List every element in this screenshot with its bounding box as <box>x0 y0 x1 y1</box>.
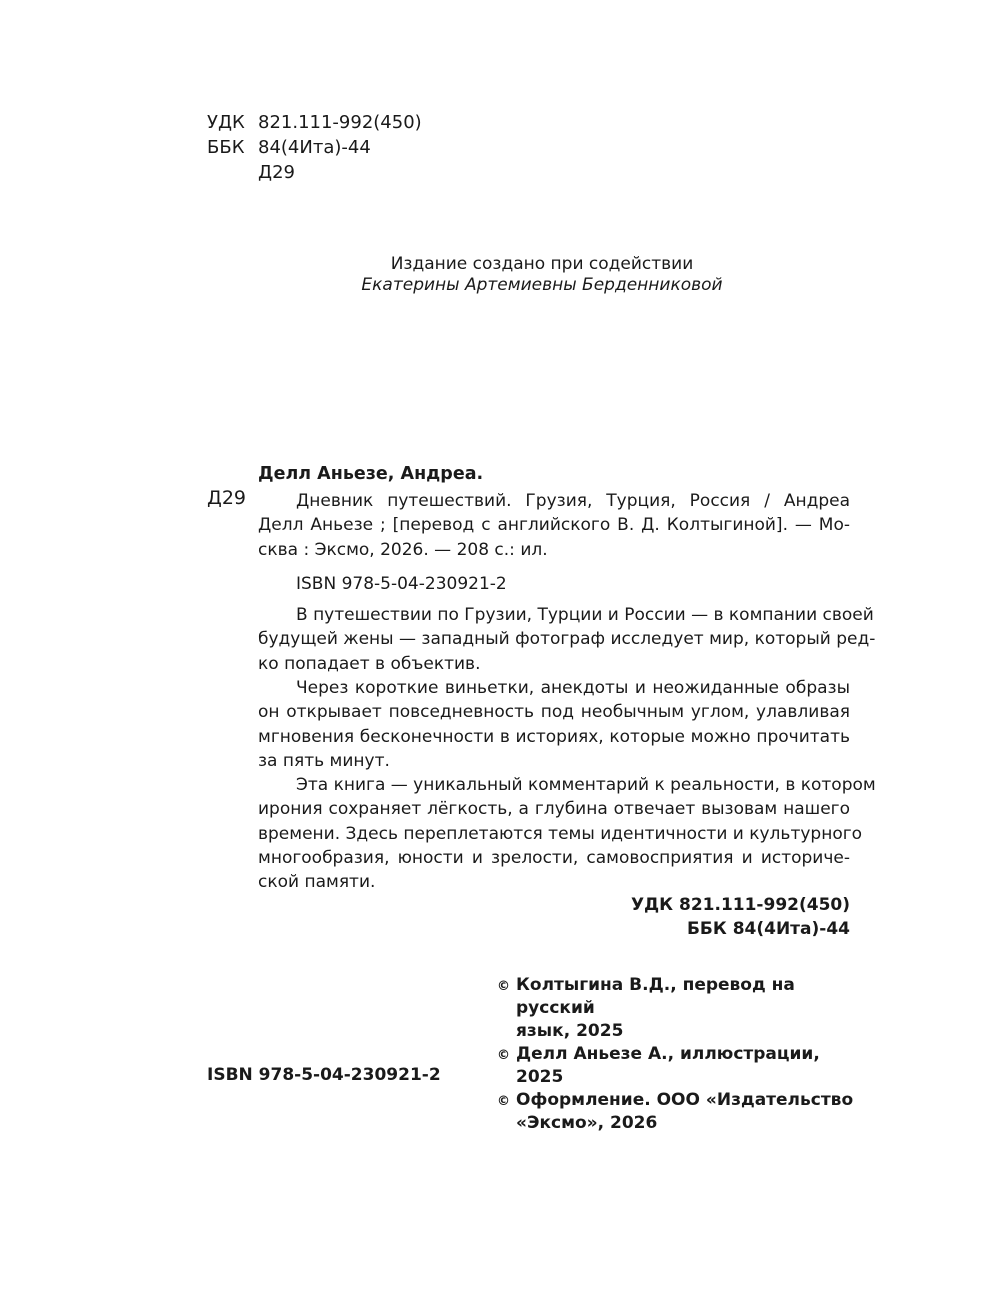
annotation-line: времени. Здесь переплетаются темы иденти… <box>258 822 850 846</box>
bbk-value: 84(4Ита)-44 <box>258 137 371 158</box>
copyright-item: © Колтыгина В.Д., перевод на русскийязык… <box>497 974 857 1043</box>
copyright-block: © Колтыгина В.Д., перевод на русскийязык… <box>497 974 857 1135</box>
copyright-text: Делл Аньезе А., иллюстрации, 2025 <box>516 1043 857 1089</box>
copyright-text: язык, 2025 <box>516 1021 623 1041</box>
catalog-bbk: ББК 84(4Ита)-44 <box>631 917 850 941</box>
udk-value: 821.111-992(450) <box>258 112 422 133</box>
copyright-item: © Делл Аньезе А., иллюстрации, 2025 <box>497 1043 857 1089</box>
sponsor-note: Издание создано при содействии Екатерины… <box>300 254 784 296</box>
annotation-line: будущей жены — западный фотограф исследу… <box>258 627 850 651</box>
catalog-codes: УДК 821.111-992(450) ББК 84(4Ита)-44 <box>631 893 850 941</box>
catalog-author-mark: Д29 <box>207 487 246 509</box>
sponsor-line-2: Екатерины Артемиевны Берденниковой <box>300 275 784 296</box>
annotation-line: мгновения бесконечности в историях, кото… <box>258 725 850 749</box>
copyright-icon: © <box>497 1090 516 1136</box>
annotation-paragraph-2: Через короткие виньетки, анекдоты и неож… <box>258 676 850 773</box>
author-mark: Д29 <box>258 162 295 183</box>
annotation-line: многообразия, юности и зрелости, самовос… <box>258 846 850 870</box>
description-line: сква : Эксмо, 2026. — 208 с.: ил. <box>258 538 850 562</box>
annotation-line: В путешествии по Грузии, Турции и России… <box>258 603 850 627</box>
annotation-line: ирония сохраняет лёгкость, а глубина отв… <box>258 797 850 821</box>
annotation-line: Эта книга — уникальный комментарий к реа… <box>258 773 850 797</box>
annotation-line: ко попадает в объектив. <box>258 652 850 676</box>
copyright-icon: © <box>497 1044 516 1090</box>
copyright-icon: © <box>497 975 516 1044</box>
annotation-line: за пять минут. <box>258 749 850 773</box>
catalog-udk: УДК 821.111-992(450) <box>631 893 850 917</box>
author-mark-row: Д29 <box>207 160 295 185</box>
annotation-line: ской памяти. <box>258 870 850 894</box>
copyright-text: Колтыгина В.Д., перевод на русский <box>516 975 795 1018</box>
sponsor-line-1: Издание создано при содействии <box>300 254 784 275</box>
copyright-item: © Оформление. ООО «Издательство«Эксмо», … <box>497 1089 857 1135</box>
description-line: Делл Аньезе ; [перевод с английского В. … <box>258 513 850 537</box>
footer-isbn: ISBN 978-5-04-230921-2 <box>207 1065 441 1085</box>
bbk-row: ББК84(4Ита)-44 <box>207 135 371 160</box>
catalog-isbn: ISBN 978-5-04-230921-2 <box>296 572 507 596</box>
udk-row: УДК821.111-992(450) <box>207 110 422 135</box>
catalog-author-heading: Делл Аньезе, Андреа. <box>258 464 483 484</box>
annotation-line: он открывает повседневность под необычны… <box>258 700 850 724</box>
annotation-line: Через короткие виньетки, анекдоты и неож… <box>258 676 850 700</box>
catalog-description: Дневник путешествий. Грузия, Турция, Рос… <box>258 489 850 562</box>
copyright-text: «Эксмо», 2026 <box>516 1113 657 1133</box>
description-line: Дневник путешествий. Грузия, Турция, Рос… <box>258 489 850 513</box>
udk-label: УДК <box>207 110 258 135</box>
bbk-label: ББК <box>207 135 258 160</box>
annotation-paragraph-1: В путешествии по Грузии, Турции и России… <box>258 603 850 676</box>
annotation-paragraph-3: Эта книга — уникальный комментарий к реа… <box>258 773 850 894</box>
copyright-text: Оформление. ООО «Издательство <box>516 1090 853 1110</box>
